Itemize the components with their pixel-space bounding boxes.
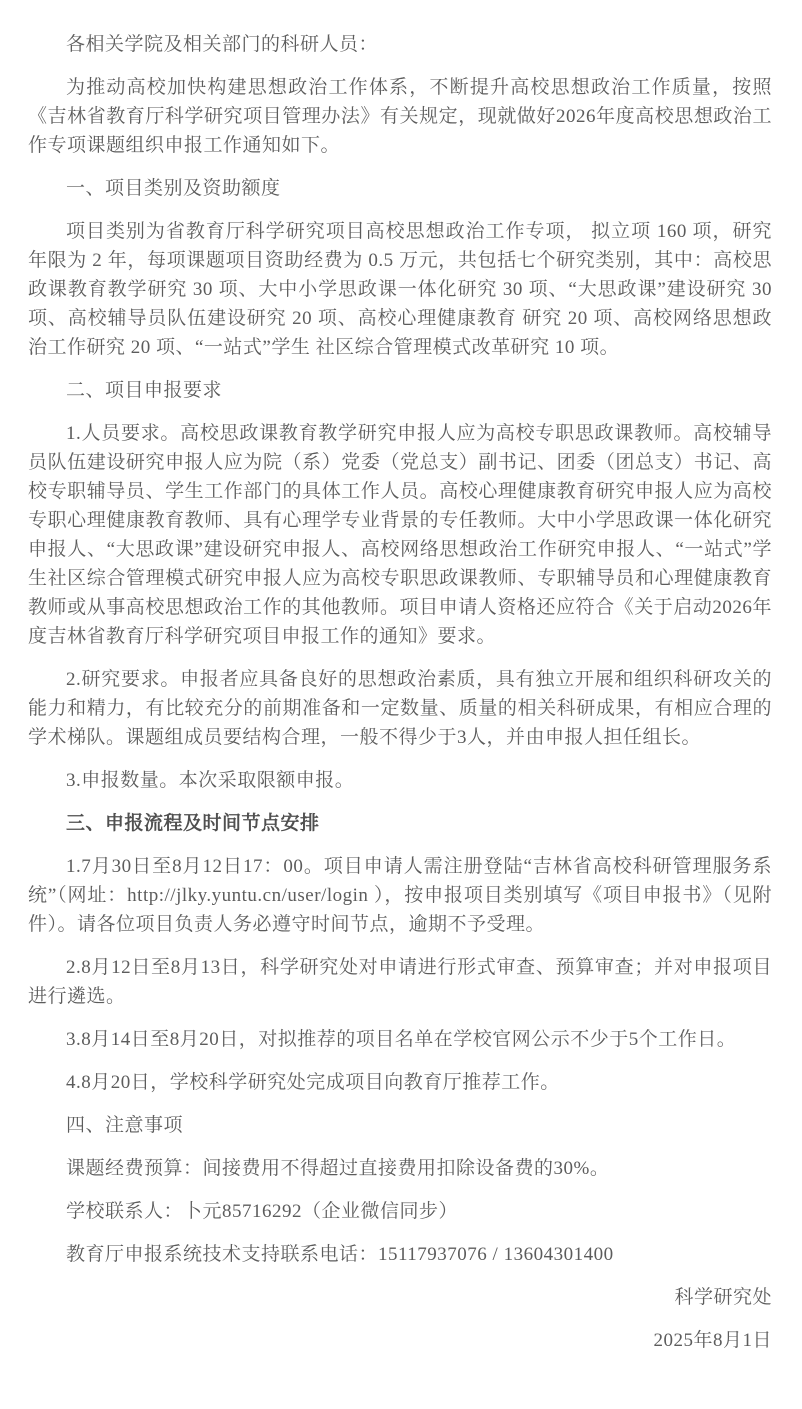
intro-paragraph: 为推动高校加快构建思想政治工作体系，不断提升高校思想政治工作质量，按照《吉林省教… [28, 73, 772, 160]
notice-document: 各相关学院及相关部门的科研人员： 为推动高校加快构建思想政治工作体系，不断提升高… [0, 0, 802, 1409]
section-3-item-review: 2.8月12日至8月13日，科学研究处对申请进行形式审查、预算审查；并对申报项目… [28, 953, 772, 1011]
section-4-item-contact: 学校联系人：卜元85716292（企业微信同步） [28, 1197, 772, 1226]
section-3-item-recommendation: 4.8月20日，学校科学研究处完成项目向教育厅推荐工作。 [28, 1068, 772, 1097]
section-3-heading: 三、申报流程及时间节点安排 [28, 809, 772, 838]
section-1-heading: 一、项目类别及资助额度 [28, 174, 772, 203]
section-3-item-publicity: 3.8月14日至8月20日，对拟推荐的项目名单在学校官网公示不少于5个工作日。 [28, 1025, 772, 1054]
signature-department: 科学研究处 [28, 1283, 772, 1312]
section-2-heading: 二、项目申报要求 [28, 376, 772, 405]
section-2-item-personnel: 1.人员要求。高校思政课教育教学研究申报人应为高校专职思政课教师。高校辅导员队伍… [28, 419, 772, 651]
section-2-item-research: 2.研究要求。申报者应具备良好的思想政治素质，具有独立开展和组织科研攻关的能力和… [28, 665, 772, 752]
section-2-item-quota: 3.申报数量。本次采取限额申报。 [28, 766, 772, 795]
section-4-item-support-phone: 教育厅申报系统技术支持联系电话：15117937076 / 1360430140… [28, 1240, 772, 1269]
section-4-heading: 四、注意事项 [28, 1111, 772, 1140]
section-1-body: 项目类别为省教育厅科学研究项目高校思想政治工作专项， 拟立项 160 项，研究年… [28, 217, 772, 362]
salutation: 各相关学院及相关部门的科研人员： [28, 30, 772, 59]
section-4-item-budget: 课题经费预算：间接费用不得超过直接费用扣除设备费的30%。 [28, 1154, 772, 1183]
section-3-item-registration: 1.7月30日至8月12日17：00。项目申请人需注册登陆“吉林省高校科研管理服… [28, 852, 772, 939]
